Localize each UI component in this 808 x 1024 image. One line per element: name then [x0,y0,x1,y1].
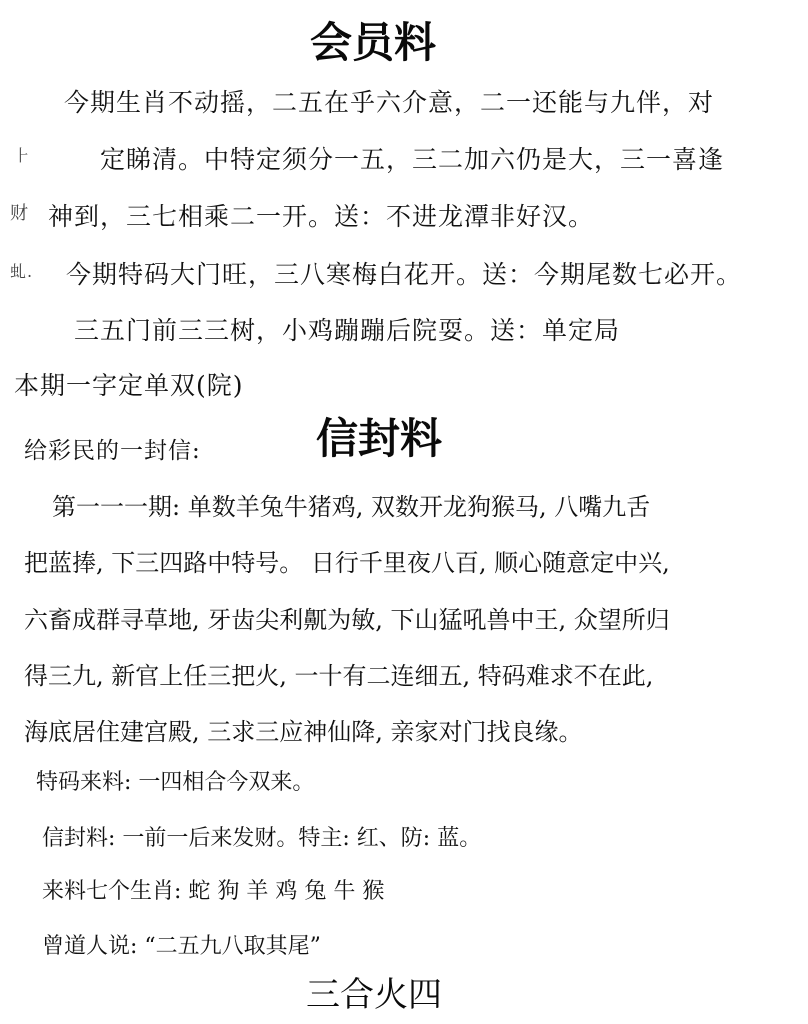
edge-fragment-2: 财 [10,205,29,223]
special-code-source: 特码来料: 一四相合今双来。 [36,772,314,794]
poem-line-3: 六畜成群寻草地, 牙齿尖利鼿为敏, 下山猛吼兽中王, 众望所归 [24,608,670,632]
poem-line-4: 得三九, 新官上任三把火, 一十有二连细五, 特码难求不在此, [24,664,653,688]
seven-zodiacs: 来料七个生肖: 蛇 狗 羊 鸡 兔 牛 猴 [42,881,384,903]
member-line-2: 定睇清。中特定须分一五，三二加六仍是大，三一喜逢 [100,147,724,172]
edge-fragment-3: 虬. [10,264,33,280]
member-section-title: 会员料 [310,22,436,64]
member-line-3: 神到，三七相乘二一开。送：不进龙潭非好汉。 [48,204,594,229]
envelope-material: 信封料: 一前一后来发财。特主: 红、防: 蓝。 [42,828,481,850]
envelope-section-title: 信封料 [316,418,442,460]
poem-line-2: 把蓝捧, 下三四路中特号。 日行千里夜八百, 顺心随意定中兴, [24,551,670,575]
footer-title: 三合火四 [306,978,442,1012]
member-line-6: 本期一字定单双(院) [14,373,244,398]
member-line-5: 三五门前三三树，小鸡蹦蹦后院耍。送：单定局 [74,318,620,343]
edge-fragment-1: ⺊ [14,148,31,164]
zeng-daoren-quote: 曾道人说: “二五九八取其尾” [42,936,321,958]
envelope-intro: 给彩民的一封信: [24,440,201,463]
poem-line-5: 海底居住建宫殿, 三求三应神仙降, 亲家对门找良缘。 [24,720,583,744]
member-line-1: 今期生肖不动摇，二五在乎六介意，二一还能与九伴，对 [64,90,714,115]
member-line-4: 今期特码大门旺，三八寒梅白花开。送：今期尾数七必开。 [66,262,742,287]
poem-line-1: 第一一一期: 单数羊兔牛猪鸡, 双数开龙狗猴马, 八嘴九舌 [52,495,650,519]
